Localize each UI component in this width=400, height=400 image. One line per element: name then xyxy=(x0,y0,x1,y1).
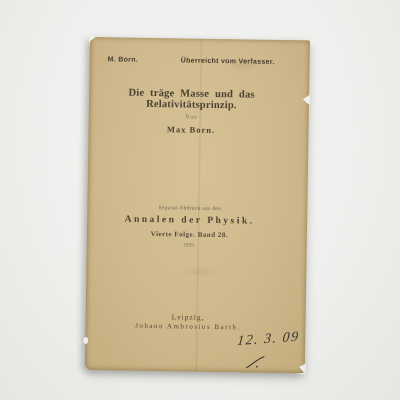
series-volume: Vierte Folge. Band 28. xyxy=(87,229,292,240)
author-name: Max Born. xyxy=(88,123,293,136)
offprint-note: Separat-Abdruck aus den xyxy=(87,204,292,213)
offprint-cover-page: M. Born. Überreicht vom Verfasser. Die t… xyxy=(85,37,310,373)
paper-stain xyxy=(178,266,218,277)
torn-notch-right-edge xyxy=(302,94,310,105)
presentation-note-header: Überreicht vom Verfasser. xyxy=(181,57,275,65)
author-header: M. Born. xyxy=(108,56,139,63)
photograph-background: M. Born. Überreicht vom Verfasser. Die t… xyxy=(0,0,400,400)
worn-nick-left-edge xyxy=(83,337,88,344)
torn-corner-bottom-right xyxy=(291,360,306,374)
ink-flourish-mark xyxy=(245,355,269,369)
torn-corner-top-left xyxy=(89,36,97,47)
handwritten-date-annotation: 12. 3. 09 xyxy=(233,329,304,350)
paper-title: Die träge Masse und das Relativitätsprin… xyxy=(89,87,294,112)
publication-year: 1909. xyxy=(87,241,292,250)
journal-name: Annalen der Physik. xyxy=(87,214,292,227)
byline-prefix: Von xyxy=(89,113,294,122)
